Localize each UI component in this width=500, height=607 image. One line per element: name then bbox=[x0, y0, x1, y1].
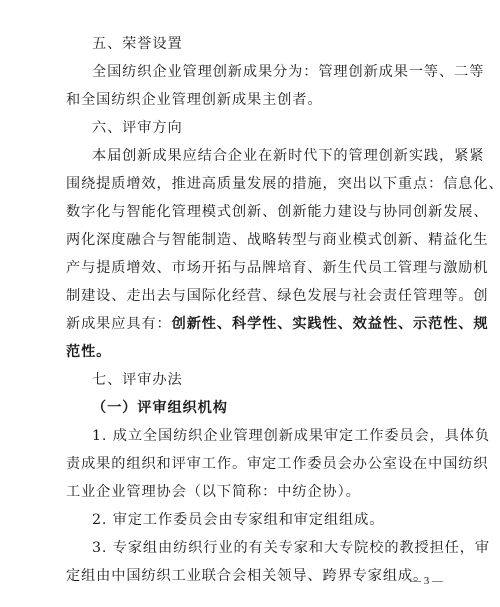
document-page: 五、荣誉设置 全国纺织企业管理创新成果分为：管理创新成果一等、二等 和全国纺织企… bbox=[0, 0, 500, 607]
section-heading-review-method: 七、评审办法 bbox=[92, 370, 434, 390]
paragraph-line: 和全国纺织企业管理创新成果主创者。 bbox=[66, 90, 434, 110]
paragraph-line: 3. 专家组由纺织行业的有关专家和大专院校的教授担任，审 bbox=[92, 538, 434, 558]
paragraph-line: 2. 审定工作委员会由专家组和审定组组成。 bbox=[92, 510, 434, 530]
section-heading-review-direction: 六、评审方向 bbox=[92, 118, 434, 138]
paragraph-line: 制建设、走出去与国际化经营、绿色发展与社会责任管理等。创 bbox=[66, 286, 434, 306]
section-heading-honors: 五、荣誉设置 bbox=[92, 34, 434, 54]
paragraph-line: 本届创新成果应结合企业在新时代下的管理创新实践，紧紧 bbox=[92, 146, 434, 166]
page-number: — 3 — bbox=[410, 575, 443, 587]
paragraph-line: 两化深度融合与智能制造、战略转型与商业模式创新、精益化生 bbox=[66, 230, 434, 250]
paragraph-line: 围绕提质增效，推进高质量发展的措施，突出以下重点：信息化、 bbox=[66, 174, 434, 194]
emphasis-criteria-end: 范性。 bbox=[66, 342, 434, 362]
emphasis-criteria: 创新性、科学性、实践性、效益性、示范性、规 bbox=[172, 316, 489, 332]
paragraph-line: 1. 成立全国纺织企业管理创新成果审定工作委员会，具体负 bbox=[92, 426, 434, 446]
subsection-heading-organization: （一）评审组织机构 bbox=[92, 398, 434, 418]
paragraph-line-mixed: 新成果应具有：创新性、科学性、实践性、效益性、示范性、规 bbox=[66, 314, 434, 334]
paragraph-line: 产与提质增效、市场开拓与品牌培育、新生代员工管理与激励机 bbox=[66, 258, 434, 278]
paragraph-line: 定组由中国纺织工业联合会相关领导、跨界专家组成。 bbox=[66, 566, 434, 586]
paragraph-line: 责成果的组织和评审工作。审定工作委员会办公室设在中国纺织 bbox=[66, 454, 434, 474]
paragraph-text: 新成果应具有： bbox=[66, 316, 172, 332]
paragraph-line: 数字化与智能化管理模式创新、创新能力建设与协同创新发展、 bbox=[66, 202, 434, 222]
paragraph-line: 工业企业管理协会（以下简称：中纺企协）。 bbox=[66, 482, 434, 502]
paragraph-line: 全国纺织企业管理创新成果分为：管理创新成果一等、二等 bbox=[92, 62, 434, 82]
